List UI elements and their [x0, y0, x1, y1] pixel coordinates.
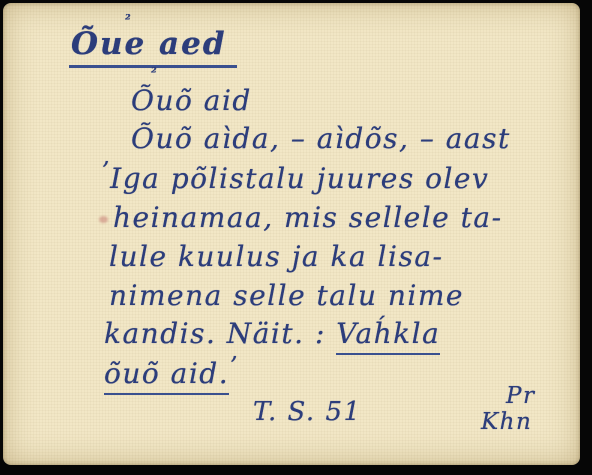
example-farm-name: Vah́kla	[336, 317, 440, 355]
example-tail-line: õuõ aid.ʼ	[104, 360, 238, 388]
index-card: ² Õue aed ² Õuõ aid Õuõ aìda, – aìdõs, –…	[3, 3, 580, 465]
definition-line-5: kandis. Näit. : Vah́kla	[104, 320, 440, 348]
open-quote-mark: ʼ	[101, 157, 110, 185]
definition-line-2: heinamaa, mis sellele ta-	[113, 204, 503, 232]
quantity-mark-below-title: ²	[151, 67, 158, 80]
definition-line-1-text: Iga põlistalu juures olev	[110, 162, 489, 195]
definition-line-4: nimena selle talu nime	[109, 282, 464, 310]
close-quote-mark: ʼ	[229, 352, 238, 380]
headword-line: Õuõ aid	[131, 87, 252, 115]
paper-blemish	[99, 216, 108, 223]
definition-line-3: lule kuulus ja ka lisa-	[109, 243, 443, 271]
example-tail-text: õuõ aid.	[104, 357, 229, 395]
date-initials: T. S. 51	[253, 399, 362, 425]
card-title: Õue aed	[69, 29, 237, 68]
definition-line-5-text: kandis. Näit. :	[104, 317, 326, 350]
signature-abbrev-bottom: Khn	[481, 411, 532, 434]
signature-abbrev-top: Pr	[506, 385, 535, 408]
definition-line-1: ʼIga põlistalu juures olev	[101, 165, 489, 193]
inflection-forms-line: Õuõ aìda, – aìdõs, – aast	[131, 125, 511, 153]
